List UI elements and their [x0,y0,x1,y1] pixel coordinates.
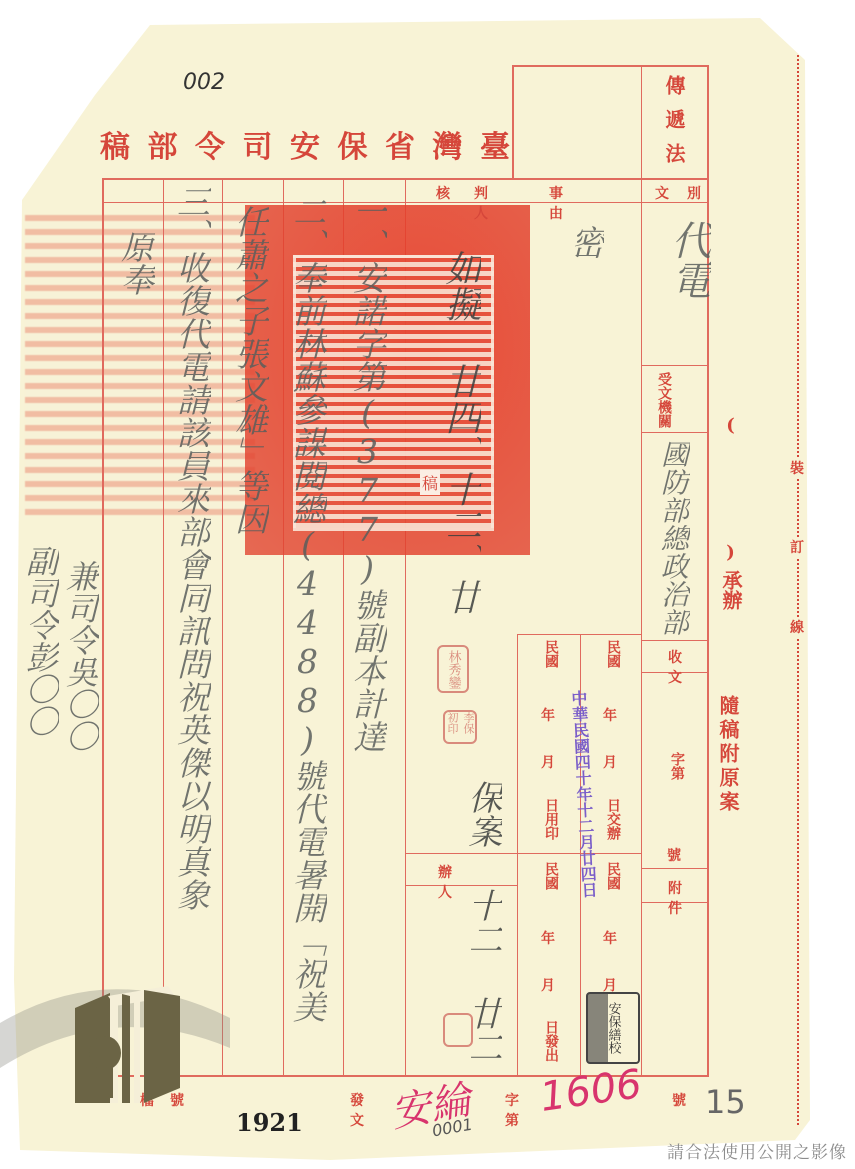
received-hao-label: 號 [667,845,681,865]
letterhead-title: 稿 部 令 司 安 保 省 灣 臺 [100,122,510,166]
date-label: 日用印 [541,798,561,840]
doc-type-label: 文別 [655,183,719,203]
title-char: 保 [338,122,368,166]
binding-line [797,55,799,1125]
title-char: 部 [148,122,178,166]
zi-label: 字第 [477,1090,537,1130]
date-label: 年 [541,705,555,725]
binding-char: 裝 [790,458,804,478]
usage-watermark: 請合法使用公開之影像 [667,1138,847,1163]
signature-commander: 兼司令吳〇〇 [62,560,98,752]
receiving-agency-value: 國防部總政治部 [658,440,688,636]
date-label: 民國 [541,862,561,890]
page-number-handwritten: 002 [183,70,225,95]
date-label: 民國 [603,862,623,890]
date-label: 日發出 [541,1020,561,1062]
date-label: 年 [541,928,555,948]
title-char: 司 [243,122,273,166]
body-line-3: 任蕭之子張文雄」等因 [232,205,266,535]
seal-label: 稿 [420,470,440,495]
personal-seal-li: 李保初印 [443,710,477,744]
transmission-label: 傳遞法 [663,75,685,177]
date-label: 月 [541,975,555,995]
date-label: 年 [603,705,617,725]
date-label: 月 [541,752,555,772]
date-label: 年 [603,928,617,948]
title-char: 稿 [100,122,130,166]
binding-char: 線 [790,617,804,637]
title-char: 省 [385,122,415,166]
approval-note: 如擬 廿四、十二、廿 [440,250,480,615]
subject-label: 事由 [533,183,633,223]
title-char: 臺 [480,122,510,166]
sent-label: 發文 [322,1090,382,1130]
body-line-2: 二、奉前林蘇參謀閱總(4488)號代電暑開「祝美 [290,195,324,1023]
title-char: 灣 [433,122,463,166]
reviewer-label: 核判人 [412,183,512,223]
archive-logo-icon [0,968,230,1103]
personal-seal-lin: 林秀鑾 [437,645,469,693]
date-label: 民國 [603,640,623,668]
stamped-number: 1921 [236,1108,303,1137]
doc-type-value: 代電 [653,220,723,300]
body-line-4: 三、收復代電請該員來部會同訊問祝英傑以明真象 [172,185,210,911]
hao-label: 號 [672,1090,686,1110]
handler-paren-open: ( [720,415,741,436]
body-line-5: 原奉 [112,230,159,296]
receiving-agency-label: 受文機關 [654,372,674,428]
handler-note: 保案 十二 廿二 [460,780,504,1064]
date-label: 民國 [541,640,561,668]
signature-deputy: 副司令彭〇〇 [22,545,58,737]
title-char: 令 [195,122,225,166]
handler-label: 承辦 [717,570,746,610]
title-char: 安 [290,122,320,166]
subject-value: 密 [560,225,609,259]
attached-original-label: 隨稿附原案 [717,695,739,815]
proofread-seal: 安保繕校 [586,992,640,1064]
handler-paren-close: ) [720,542,741,563]
date-label: 月 [603,752,617,772]
margin-number-handwritten: 15 [705,1083,746,1121]
received-zi-label: 字第 [667,752,687,780]
binding-char: 訂 [790,537,804,557]
body-line-1: 一、安諾字第(377)號副本計達 [350,195,384,753]
attachments-label: 附件 [656,878,706,918]
date-label: 日交辦 [603,798,623,840]
received-doc-label: 收文 [656,647,706,687]
